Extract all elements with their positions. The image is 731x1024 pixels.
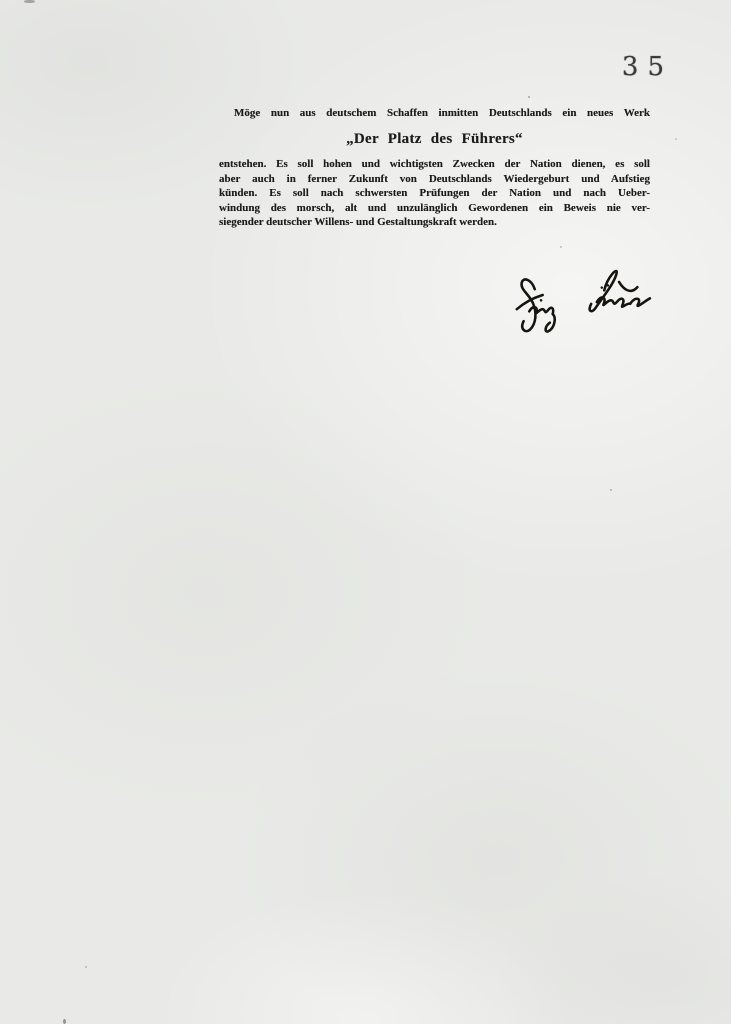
intro-line: Möge nun aus deutschem Schaffen inmitten… (219, 106, 650, 121)
paper-speck (24, 0, 35, 3)
body-line: windung des morsch, alt und unzulänglich… (219, 201, 650, 216)
page-number: 35 (622, 52, 673, 82)
body-line: siegender deutscher Willens- und Gestalt… (219, 215, 650, 230)
body-line: aber auch in ferner Zukunft von Deutschl… (219, 172, 650, 187)
paper-speck (528, 96, 530, 98)
paper-speck (675, 138, 677, 140)
text-block: Möge nun aus deutschem Schaffen inmitten… (219, 106, 650, 230)
paper-speck (560, 246, 562, 248)
body-line: entstehen. Es soll hohen und wichtigsten… (219, 157, 650, 172)
body-paragraph: entstehen. Es soll hohen und wichtigsten… (219, 157, 650, 230)
work-title: „Der Platz des Führers“ (219, 131, 650, 148)
body-line: künden. Es soll nach schwersten Prüfunge… (219, 186, 650, 201)
paper-speck (85, 966, 87, 968)
document-page: 35 Möge nun aus deutschem Schaffen inmit… (0, 0, 731, 1024)
signature-handwritten (504, 257, 660, 345)
paper-speck (610, 489, 612, 491)
paper-speck (63, 1019, 66, 1024)
